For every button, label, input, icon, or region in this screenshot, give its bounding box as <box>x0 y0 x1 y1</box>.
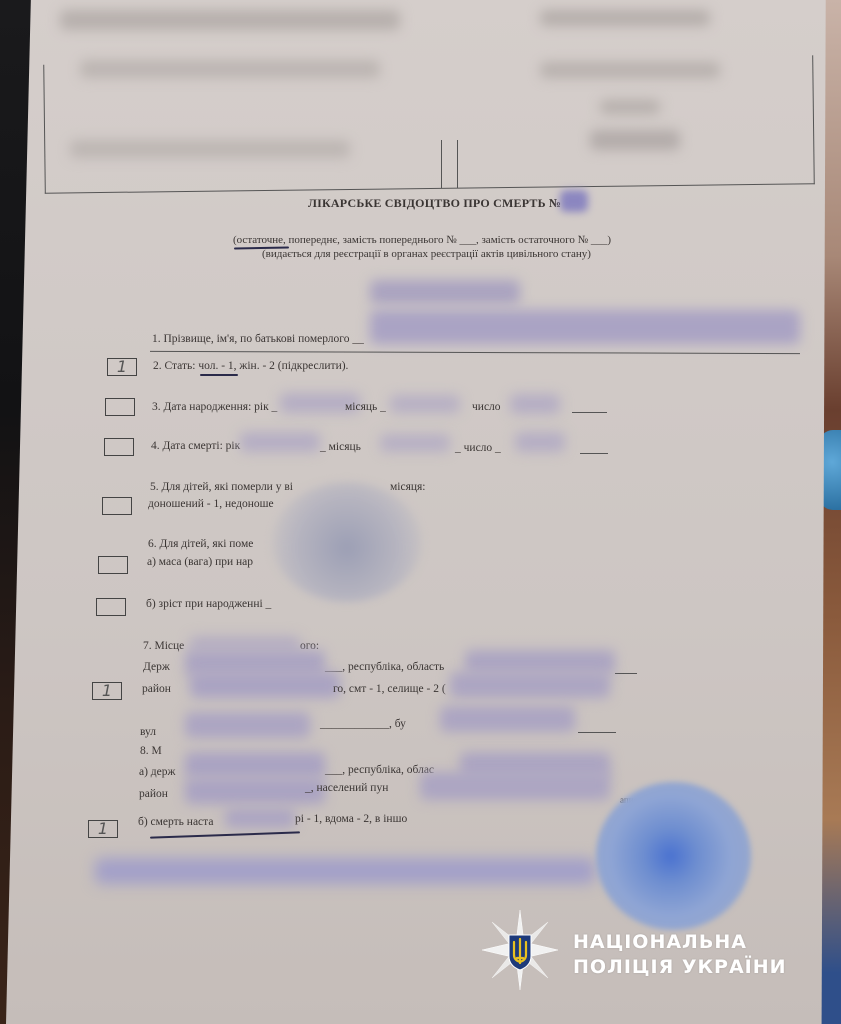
field-8b-code-box[interactable]: 1 <box>88 820 118 838</box>
field-7-state-mid: ___, республіка, область <box>325 661 444 673</box>
field-7-code-box[interactable]: 1 <box>92 682 122 700</box>
field-6b-code-box[interactable] <box>96 598 126 616</box>
watermark-line-1: НАЦІОНАЛЬНА <box>573 930 787 955</box>
field-8-district-mid: _, населений пун <box>305 782 388 794</box>
field-7-district-mid: го, смт - 1, селище - 2 ( <box>333 683 446 695</box>
field-4-code-box[interactable] <box>104 438 134 456</box>
redacted-text <box>450 672 610 698</box>
field-6a-label: а) маса (вага) при нар <box>147 556 253 568</box>
field-8b-tail: рі - 1, вдома - 2, в іншо <box>295 813 407 825</box>
field-8-district: район <box>139 788 168 800</box>
handwritten-underline <box>200 374 238 376</box>
blue-official-stamp <box>596 782 751 930</box>
field-8a-mid: ___, республіка, облас <box>325 764 434 776</box>
field-rule <box>615 673 637 674</box>
redacted-blur-stamp <box>272 482 422 602</box>
field-5-code-box[interactable] <box>102 497 132 515</box>
redacted-text <box>190 672 340 698</box>
redacted-text <box>185 712 310 738</box>
field-rule <box>580 453 608 454</box>
handwritten-underline <box>150 831 300 838</box>
redacted-header-text <box>540 10 710 26</box>
redacted-handwriting <box>370 280 520 304</box>
police-watermark-text: НАЦІОНАЛЬНА ПОЛІЦІЯ УКРАЇНИ <box>573 930 787 980</box>
redacted-text <box>185 752 325 778</box>
field-rule <box>150 351 800 354</box>
redacted-day <box>510 394 560 414</box>
field-8b-label: б) смерть наста <box>138 816 213 828</box>
field-7-district: район <box>142 683 171 695</box>
field-5-options: доношений - 1, недоноше <box>148 498 274 510</box>
field-rule <box>578 732 616 733</box>
field-2-label: 2. Стать: чол. - 1, жін. - 2 (підкреслит… <box>153 360 348 372</box>
header-divider <box>457 140 458 188</box>
field-8-label: 8. М <box>140 745 162 757</box>
field-7-state: Держ <box>143 661 170 673</box>
death-certificate-document: ЛІКАРСЬКЕ СВІДОЦТВО ПРО СМЕРТЬ № (остато… <box>0 0 841 1024</box>
field-2-code-box[interactable]: 1 <box>107 358 137 376</box>
header-divider <box>441 140 442 188</box>
watermark-line-2: ПОЛІЦІЯ УКРАЇНИ <box>573 955 787 980</box>
field-5-label-tail: місяця: <box>390 481 426 493</box>
field-1-label: 1. Прізвище, ім'я, по батькові померлого… <box>152 333 364 345</box>
field-4-day: _ число _ <box>455 442 501 454</box>
redacted-text <box>225 808 295 828</box>
redacted-number <box>560 190 588 212</box>
document-title: ЛІКАРСЬКЕ СВІДОЦТВО ПРО СМЕРТЬ № <box>308 196 561 211</box>
field-4-label: 4. Дата смерті: рік <box>151 440 240 452</box>
redacted-year <box>240 432 320 452</box>
redacted-day <box>515 432 565 452</box>
field-3-label: 3. Дата народження: рік _ <box>152 401 277 413</box>
field-5-label: 5. Для дітей, які померли у ві <box>150 481 293 493</box>
field-3-day: число <box>472 401 501 413</box>
field-6b-label: б) зріст при народженні _ <box>146 598 271 610</box>
redacted-text <box>185 778 325 804</box>
field-7-street-mid: ____________, бу <box>320 718 406 730</box>
certificate-purpose-line: (видається для реєстрації в органах реєс… <box>262 248 591 260</box>
field-7-label: 7. Місце <box>143 640 184 652</box>
field-4-month: _ місяць <box>320 441 361 453</box>
field-6-label: 6. Для дітей, які поме <box>148 538 253 550</box>
redacted-handwriting <box>95 858 595 884</box>
field-rule <box>572 412 607 413</box>
field-8a-label: а) держ <box>139 766 175 778</box>
redacted-text <box>465 650 615 674</box>
redacted-month <box>390 395 460 413</box>
redacted-month <box>380 434 450 452</box>
redacted-text <box>440 706 575 732</box>
redacted-name <box>370 310 800 344</box>
certificate-type-line: (остаточне, попереднє, замість попереднь… <box>233 234 611 246</box>
redacted-header-text <box>60 10 400 30</box>
field-3-code-box[interactable] <box>105 398 135 416</box>
field-3-month: місяць _ <box>345 401 386 413</box>
field-7-street: вул <box>140 726 156 738</box>
header-frame <box>43 55 815 193</box>
police-star-trident-icon <box>478 908 562 992</box>
redacted-text <box>420 772 610 800</box>
field-6a-code-box[interactable] <box>98 556 128 574</box>
